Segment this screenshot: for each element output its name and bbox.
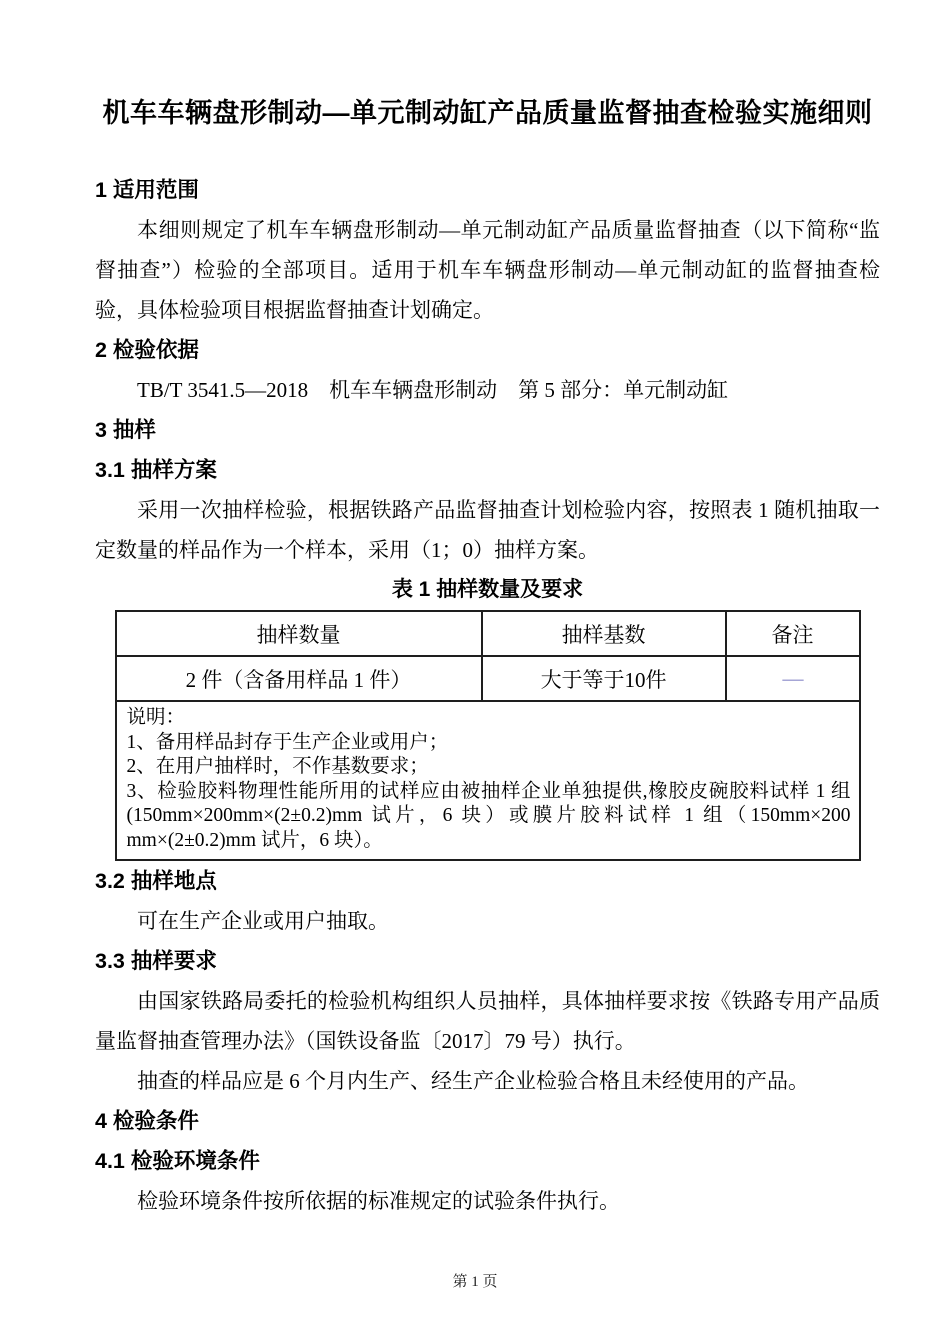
para-sampling-requirements-1: 由国家铁路局委托的检验机构组织人员抽样，具体抽样要求按《铁路专用产品质量监督抽查… xyxy=(95,981,880,1061)
para-environment-conditions: 检验环境条件按所依据的标准规定的试验条件执行。 xyxy=(95,1181,880,1221)
heading-sampling-requirements: 3.3 抽样要求 xyxy=(95,941,880,981)
col-header-sample-quantity: 抽样数量 xyxy=(116,611,482,656)
cell-sample-base: 大于等于10件 xyxy=(482,656,726,701)
note-line-1: 1、备用样品封存于生产企业或用户； xyxy=(127,731,851,756)
note-line-3: 3、检验胶料物理性能所用的试样应由被抽样企业单独提供,橡胶皮碗胶料试样 1 组(… xyxy=(127,780,851,854)
heading-inspection-basis: 2 检验依据 xyxy=(95,330,880,370)
heading-scope: 1 适用范围 xyxy=(95,170,880,210)
para-sampling-plan: 采用一次抽样检验，根据铁路产品监督抽查计划检验内容，按照表 1 随机抽取一定数量… xyxy=(95,490,880,570)
heading-inspection-conditions: 4 检验条件 xyxy=(95,1101,880,1141)
note-label: 说明： xyxy=(127,706,851,731)
cell-sample-quantity: 2 件（含备用样品 1 件） xyxy=(116,656,482,701)
cell-remark-dash: — xyxy=(726,656,860,701)
note-line-2: 2、在用户抽样时，不作基数要求； xyxy=(127,755,851,780)
table-notes-cell: 说明： 1、备用样品封存于生产企业或用户； 2、在用户抽样时，不作基数要求； 3… xyxy=(116,701,860,860)
para-sampling-location: 可在生产企业或用户抽取。 xyxy=(95,901,880,941)
page-title: 机车车辆盘形制动—单元制动缸产品质量监督抽查检验实施细则 xyxy=(95,93,880,133)
table-caption: 表 1 抽样数量及要求 xyxy=(95,570,880,610)
heading-sampling-location: 3.2 抽样地点 xyxy=(95,861,880,901)
col-header-sample-base: 抽样基数 xyxy=(482,611,726,656)
page-footer: 第 1 页 xyxy=(0,1270,950,1291)
para-sampling-requirements-2: 抽查的样品应是 6 个月内生产、经生产企业检验合格且未经使用的产品。 xyxy=(95,1061,880,1101)
table-header-row: 抽样数量 抽样基数 备注 xyxy=(116,611,860,656)
sampling-table: 抽样数量 抽样基数 备注 2 件（含备用样品 1 件） 大于等于10件 — 说明… xyxy=(115,610,861,861)
table-data-row: 2 件（含备用样品 1 件） 大于等于10件 — xyxy=(116,656,860,701)
col-header-remark: 备注 xyxy=(726,611,860,656)
heading-sampling-plan: 3.1 抽样方案 xyxy=(95,450,880,490)
heading-sampling: 3 抽样 xyxy=(95,410,880,450)
document-page: 机车车辆盘形制动—单元制动缸产品质量监督抽查检验实施细则 1 适用范围 本细则规… xyxy=(0,0,950,1344)
para-scope: 本细则规定了机车车辆盘形制动—单元制动缸产品质量监督抽查（以下简称“监督抽查”）… xyxy=(95,210,880,330)
standard-reference: TB/T 3541.5—2018 机车车辆盘形制动 第 5 部分：单元制动缸 xyxy=(95,370,880,410)
table-notes-row: 说明： 1、备用样品封存于生产企业或用户； 2、在用户抽样时，不作基数要求； 3… xyxy=(116,701,860,860)
heading-environment-conditions: 4.1 检验环境条件 xyxy=(95,1141,880,1181)
